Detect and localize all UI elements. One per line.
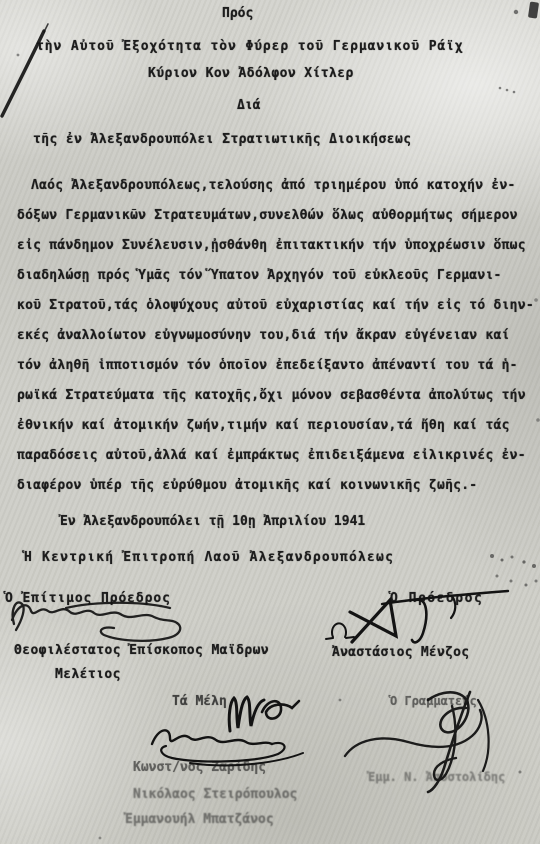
body-line: παραδόσεις αὐτοῦ,ἀλλά καί ἐμπράκτως ἐπιδ… [17,448,526,463]
body-line: διαδηλώσῃ πρός Ὑμᾶς τόν Ὕπατον Ἀρχηγόν τ… [17,268,502,283]
member-name: Νικόλαος Στειρόπουλος [133,787,297,802]
body-line: ρωϊκά Στρατεύματα τῆς κατοχῆς,ὄχι μόνον … [17,388,526,403]
via-label: Διά [237,98,260,113]
secretary-name: Ἐμμ. Ν. Ἀποστολίδης [368,770,505,784]
honorary-president-label: Ὁ Ἐπίτιμος Πρόεδρος [5,591,171,606]
salutation: Πρός [222,6,253,21]
body-line: ἐθνικήν καί ἀτομικήν ζωήν,τιμήν καί περι… [17,418,510,433]
secretary-label: Ὁ Γραμματεύς [390,694,477,708]
president-label: Ὁ Πρόεδρος [390,591,483,606]
committee-line: Ἡ Κεντρική Ἐπιτροπή Λαοῦ Ἀλεξανδρουπόλεω… [24,550,394,565]
members-label: Τά Μέλη [172,694,227,709]
body-line: δόξων Γερμανικῶν Στρατευμάτων,συνελθών ὅ… [17,208,518,223]
recipient-line-1: τὴν Αὐτοῦ Ἐξοχότητα τὸν Φύρερ τοῦ Γερμαν… [36,39,464,54]
president-name: Ἀναστάσιος Μένζος [332,645,469,660]
scanned-document-page: Πρός τὴν Αὐτοῦ Ἐξοχότητα τὸν Φύρερ τοῦ Γ… [0,0,540,844]
body-line: εἰς πάνδημον Συνέλευσιν,ᾐσθάνθη ἐπιτακτι… [17,238,526,253]
body-line: τόν ἀληθῆ ἱπποτισμόν τόν ὁποῖον ἐπεδείξα… [17,358,518,373]
recipient-line-2: Κύριον Κον Ἀδόλφον Χίτλερ [148,66,354,81]
honorary-president-name-2: Μελέτιος [55,667,121,682]
member-name: Ἐμμανουήλ Μπατζάνος [125,812,274,827]
honorary-president-name: Θεοφιλέστατος Ἐπίσκοπος Μαϊδρων [14,643,269,658]
via-line: τῆς ἐν Ἀλεξανδρουπόλει Στρατιωτικῆς Διοι… [33,132,411,147]
body-line: κοῦ Στρατοῦ,τάς ὁλοψύχους αὐτοῦ εὐχαριστ… [17,298,534,313]
member-name: Κωνστ/νος Ζαρίδης [133,760,266,775]
body-line: εκές ἀναλλοίωτον εὐγνωμοσύνην του,διά τή… [17,328,510,343]
bishop-signature [12,602,180,640]
body-line: διαφέρον ὑπέρ τῆς εὐρύθμου ἀτομικῆς καί … [17,478,477,493]
date-line: Ἐν Ἀλεξανδρουπόλει τῇ 10ῃ Ἀπριλίου 1941 [60,514,365,529]
body-line: Λαός Ἀλεξανδρουπόλεως,τελούσης ἀπό τριημ… [31,178,516,193]
crease-line [2,24,48,116]
